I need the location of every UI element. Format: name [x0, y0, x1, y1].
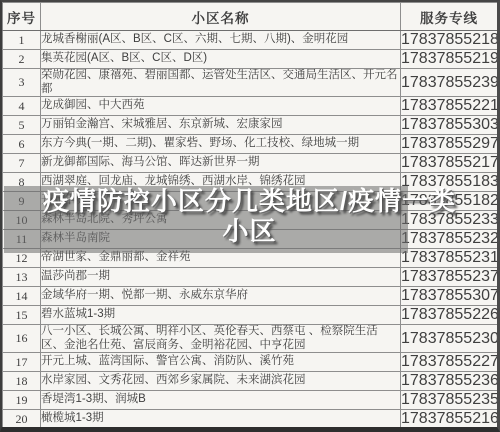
- row-number-cell: 8: [3, 173, 41, 192]
- row-number-cell: 2: [3, 50, 41, 69]
- hotline-cell: 17837855183: [401, 173, 498, 192]
- hotline-cell: 17837855227: [401, 353, 498, 372]
- table-row: 19香堤湾1-3期、润城B17837855235: [3, 391, 498, 410]
- community-name-cell: 水岸家园、文秀花园、西郊乡家属院、未来湖滨花园: [41, 372, 401, 391]
- row-number-cell: 10: [3, 211, 41, 230]
- community-name-cell: 龙成御园、中大西苑: [41, 97, 401, 116]
- table-row: 4龙成御园、中大西苑17837855221: [3, 97, 498, 116]
- community-name-cell: 橄榄城1-3期: [41, 410, 401, 429]
- row-number-cell: 18: [3, 372, 41, 391]
- hotline-cell: 17837855233: [401, 211, 498, 230]
- hotline-cell: 17837855230: [401, 325, 498, 353]
- hotline-cell: 17837855235: [401, 391, 498, 410]
- table-row: 11森林半岛南院17837855232: [3, 230, 498, 249]
- hotline-cell: 17837855216: [401, 410, 498, 429]
- community-name-cell: 森林半岛南院: [41, 230, 401, 249]
- table-row: 1龙城香榭丽(A区、B区、C区、六期、七期、八期)、金明花园1783785521…: [3, 31, 498, 50]
- table-row: 7新龙御都国际、海马公馆、晖达新世界一期17837855217: [3, 154, 498, 173]
- row-number-cell: 7: [3, 154, 41, 173]
- hotline-cell: 17837855232: [401, 230, 498, 249]
- row-number-cell: 9: [3, 192, 41, 211]
- community-name-cell: 荣勋花园、康禧苑、碧丽国都、运管处生活区、交通局生活区、开元名都: [41, 69, 401, 97]
- community-name-cell: 西湖翠庭、回龙庙、龙城锦绣、西湖水岸、锦绣花园: [41, 173, 401, 192]
- row-number-cell: 14: [3, 287, 41, 306]
- row-number-cell: 20: [3, 410, 41, 429]
- table-row: 18水岸家园、文秀花园、西郊乡家属院、未来湖滨花园17837855236: [3, 372, 498, 391]
- community-name-cell: 八一小区、长城公寓、明祥小区、英伦春天、西蔡屯 、检察院生活区、金池名仕苑、富辰…: [41, 325, 401, 353]
- row-number-cell: 19: [3, 391, 41, 410]
- row-number-cell: 15: [3, 306, 41, 325]
- table-row: 3荣勋花园、康禧苑、碧丽国都、运管处生活区、交通局生活区、开元名都1783785…: [3, 69, 498, 97]
- hotline-cell: 17837855237: [401, 268, 498, 287]
- community-name-cell: 碧水蓝城1-3期: [41, 306, 401, 325]
- header-cell-hotline: 服务专线: [401, 3, 498, 31]
- community-name-cell: 开元上城、蓝湾国际、警官公寓、消防队、溪竹苑: [41, 353, 401, 372]
- community-name-cell: 东方今典(一期、二期)、瞿家砦、野场、化工技校、绿地城一期: [41, 135, 401, 154]
- table-row: 9开元华庭17837855182: [3, 192, 498, 211]
- hotline-cell: 17837855297: [401, 135, 498, 154]
- header-row: 序号 小区名称 服务专线: [3, 3, 498, 31]
- community-name-cell: 温莎尚郡一期: [41, 268, 401, 287]
- row-number-cell: 12: [3, 249, 41, 268]
- hotline-cell: 17837855231: [401, 249, 498, 268]
- table-row: 10森林半岛北院、秀坪公寓17837855233: [3, 211, 498, 230]
- hotline-cell: 17837855182: [401, 192, 498, 211]
- table-row: 8西湖翠庭、回龙庙、龙城锦绣、西湖水岸、锦绣花园17837855183: [3, 173, 498, 192]
- community-name-cell: 开元华庭: [41, 192, 401, 211]
- row-number-cell: 1: [3, 31, 41, 50]
- community-name-cell: 万丽铂金瀚宫、宋城雅居、东京新城、宏康家园: [41, 116, 401, 135]
- header-cell-number: 序号: [3, 3, 41, 31]
- table-body: 1龙城香榭丽(A区、B区、C区、六期、七期、八期)、金明花园1783785521…: [3, 31, 498, 429]
- community-hotline-table: 序号 小区名称 服务专线 1龙城香榭丽(A区、B区、C区、六期、七期、八期)、金…: [2, 2, 498, 429]
- table-row: 6东方今典(一期、二期)、瞿家砦、野场、化工技校、绿地城一期1783785529…: [3, 135, 498, 154]
- community-name-cell: 香堤湾1-3期、润城B: [41, 391, 401, 410]
- row-number-cell: 11: [3, 230, 41, 249]
- row-number-cell: 17: [3, 353, 41, 372]
- table-row: 14金域华府一期、悦都一期、永威东京华府17837855307: [3, 287, 498, 306]
- table-row: 16八一小区、长城公寓、明祥小区、英伦春天、西蔡屯 、检察院生活区、金池名仕苑、…: [3, 325, 498, 353]
- community-name-cell: 森林半岛北院、秀坪公寓: [41, 211, 401, 230]
- row-number-cell: 13: [3, 268, 41, 287]
- hotline-cell: 17837855226: [401, 306, 498, 325]
- row-number-cell: 16: [3, 325, 41, 353]
- hotline-cell: 17837855303: [401, 116, 498, 135]
- hotline-cell: 17837855307: [401, 287, 498, 306]
- community-name-cell: 龙城香榭丽(A区、B区、C区、六期、七期、八期)、金明花园: [41, 31, 401, 50]
- table-row: 17开元上城、蓝湾国际、警官公寓、消防队、溪竹苑17837855227: [3, 353, 498, 372]
- hotline-cell: 17837855239: [401, 69, 498, 97]
- row-number-cell: 5: [3, 116, 41, 135]
- table-row: 13温莎尚郡一期17837855237: [3, 268, 498, 287]
- table-row: 20橄榄城1-3期17837855216: [3, 410, 498, 429]
- community-name-cell: 集英花园(A区、B区、C区、D区): [41, 50, 401, 69]
- table-row: 12帝湖世家、金鼎丽都、金祥苑17837855231: [3, 249, 498, 268]
- hotline-cell: 17837855217: [401, 154, 498, 173]
- row-number-cell: 4: [3, 97, 41, 116]
- table-photo: 序号 小区名称 服务专线 1龙城香榭丽(A区、B区、C区、六期、七期、八期)、金…: [0, 0, 500, 432]
- hotline-cell: 17837855218: [401, 31, 498, 50]
- table-row: 2集英花园(A区、B区、C区、D区)17837855219: [3, 50, 498, 69]
- header-cell-name: 小区名称: [41, 3, 401, 31]
- row-number-cell: 6: [3, 135, 41, 154]
- hotline-cell: 17837855236: [401, 372, 498, 391]
- community-name-cell: 帝湖世家、金鼎丽都、金祥苑: [41, 249, 401, 268]
- table-row: 15碧水蓝城1-3期17837855226: [3, 306, 498, 325]
- table-row: 5万丽铂金瀚宫、宋城雅居、东京新城、宏康家园17837855303: [3, 116, 498, 135]
- community-name-cell: 新龙御都国际、海马公馆、晖达新世界一期: [41, 154, 401, 173]
- community-name-cell: 金域华府一期、悦都一期、永威东京华府: [41, 287, 401, 306]
- row-number-cell: 3: [3, 69, 41, 97]
- hotline-cell: 17837855219: [401, 50, 498, 69]
- hotline-cell: 17837855221: [401, 97, 498, 116]
